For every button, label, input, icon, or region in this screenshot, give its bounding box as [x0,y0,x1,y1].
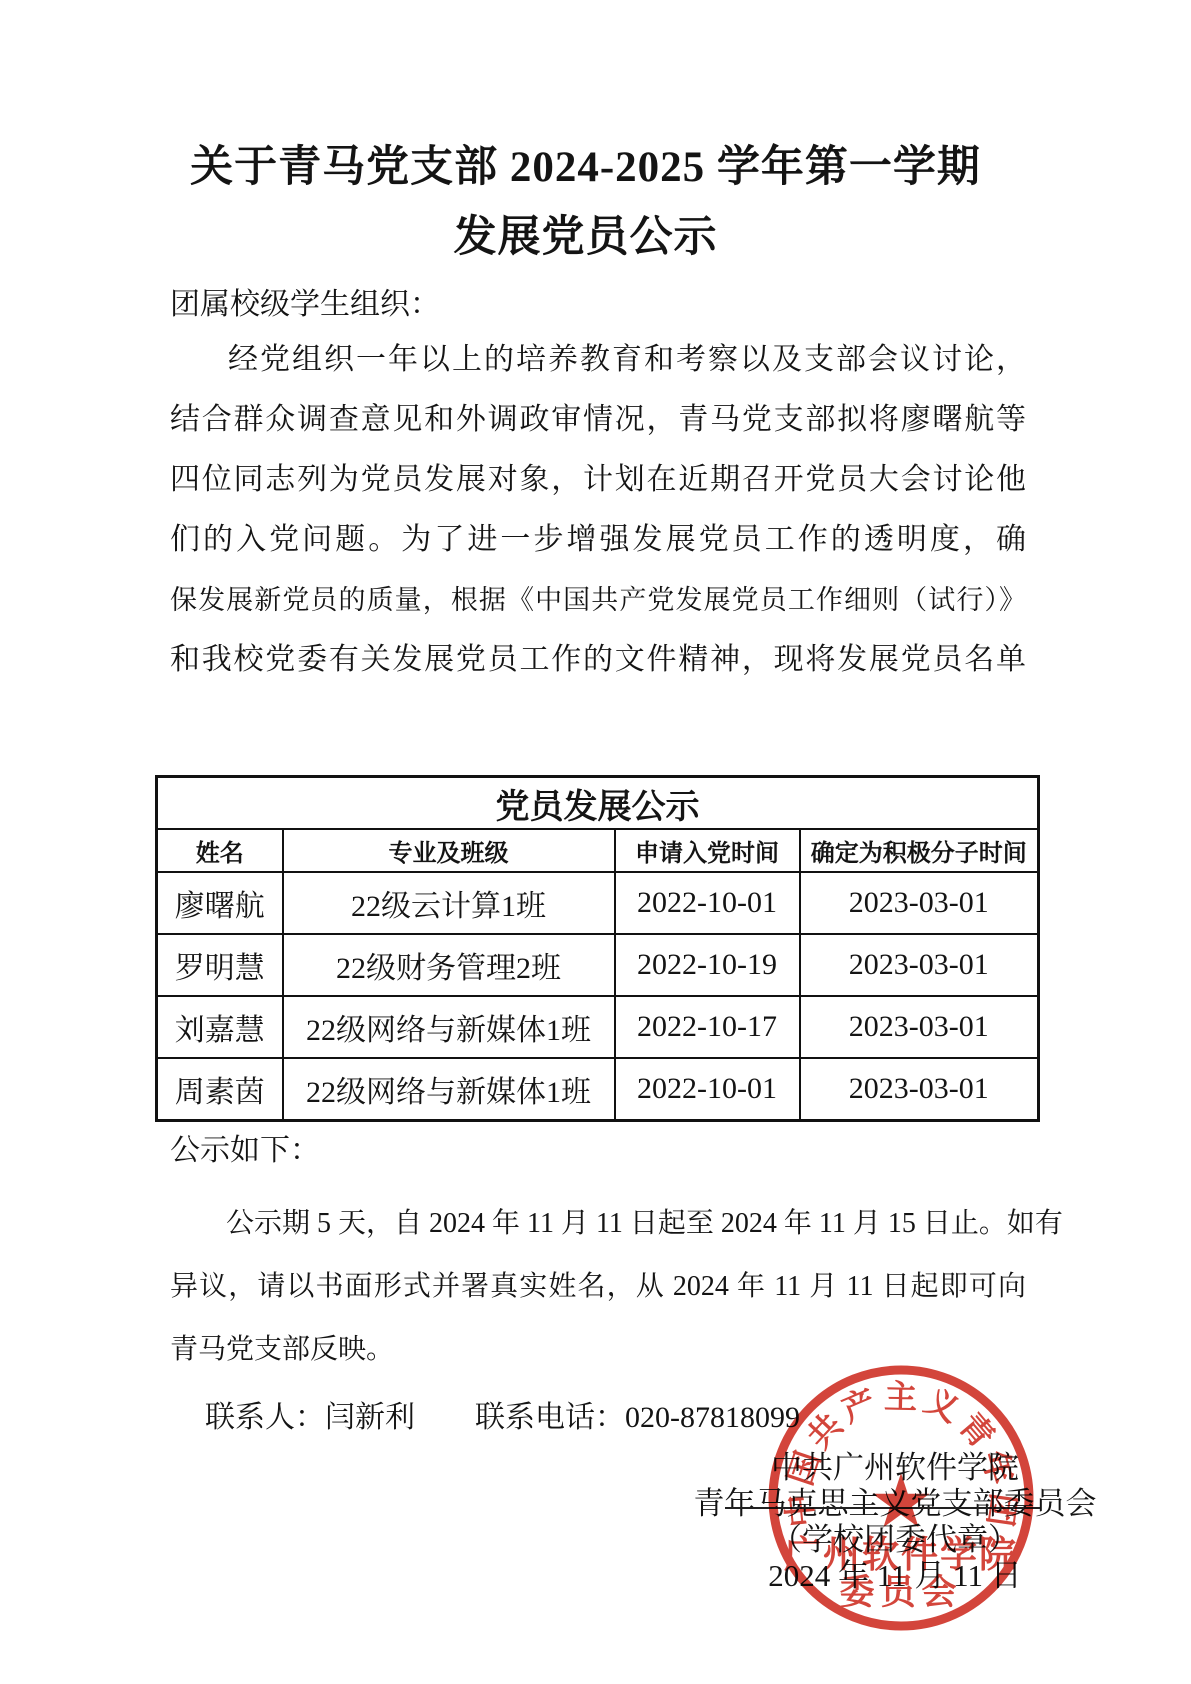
stamp-inner-text-2: 委员会 [839,1573,962,1612]
member-development-table: 党员发展公示 姓名 专业及班级 申请入党时间 确定为积极分子时间 廖曙航 22级… [155,775,1040,1122]
column-header-major: 专业及班级 [283,829,615,872]
column-header-apply-date: 申请入党时间 [615,829,800,872]
document-page: 关于青马党支部 2024-2025 学年第一学期 发展党员公示 团属校级学生组织… [0,0,1191,1684]
cell-activist-date: 2023-03-01 [800,996,1039,1058]
table-caption-row: 党员发展公示 [157,777,1039,830]
cell-name: 周素茵 [157,1058,283,1121]
cell-name: 廖曙航 [157,872,283,934]
stamp-star-icon [873,1473,930,1527]
cell-name: 罗明慧 [157,934,283,996]
column-header-activist-date: 确定为积极分子时间 [800,829,1039,872]
paragraph-1: 经党组织一年以上的培养教育和考察以及支部会议讨论， 结合群众调查意见和外调政审情… [170,330,1026,690]
closing-line-2: 异议，请以书面形式并署真实姓名，从 2024 年 11 月 11 日起即可向 [170,1255,1026,1318]
cell-activist-date: 2023-03-01 [800,1058,1039,1121]
table-row: 刘嘉慧 22级网络与新媒体1班 2022-10-17 2023-03-01 [157,996,1039,1058]
official-stamp: 中国共产主义青年团 广州软件学院 委员会 [756,1353,1046,1643]
cell-major: 22级财务管理2班 [283,934,615,996]
table-row: 罗明慧 22级财务管理2班 2022-10-19 2023-03-01 [157,934,1039,996]
main-title-line-2: 发展党员公示 [170,203,1001,264]
table-caption: 党员发展公示 [157,777,1039,830]
after-table-note: 公示如下： [170,1125,320,1169]
paragraph-1-line-2: 结合群众调查意见和外调政审情况，青马党支部拟将廖曙航等 [170,390,1026,450]
paragraph-1-line-1: 经党组织一年以上的培养教育和考察以及支部会议讨论， [170,330,1026,390]
main-title-line-1: 关于青马党支部 2024-2025 学年第一学期 [170,133,1001,194]
cell-activist-date: 2023-03-01 [800,872,1039,934]
paragraph-1-line-6: 和我校党委有关发展党员工作的文件精神，现将发展党员名单 [170,630,1026,690]
cell-activist-date: 2023-03-01 [800,934,1039,996]
stamp-inner-text-1: 广州软件学院 [784,1534,1018,1576]
cell-apply-date: 2022-10-01 [615,872,800,934]
paragraph-1-line-3: 四位同志列为党员发展对象，计划在近期召开党员大会讨论他 [170,450,1026,510]
paragraph-1-line-4: 们的入党问题。为了进一步增强发展党员工作的透明度，确 [170,510,1026,570]
cell-major: 22级云计算1班 [283,872,615,934]
table-row: 廖曙航 22级云计算1班 2022-10-01 2023-03-01 [157,872,1039,934]
column-header-name: 姓名 [157,829,283,872]
cell-apply-date: 2022-10-01 [615,1058,800,1121]
paragraph-1-line-5: 保发展新党员的质量，根据《中国共产党发展党员工作细则（试行）》 [170,570,1026,630]
cell-major: 22级网络与新媒体1班 [283,996,615,1058]
contact-line: 联系人：闫新利 联系电话：020-87818099 [205,1392,800,1436]
cell-major: 22级网络与新媒体1班 [283,1058,615,1121]
cell-apply-date: 2022-10-19 [615,934,800,996]
cell-name: 刘嘉慧 [157,996,283,1058]
table-header-row: 姓名 专业及班级 申请入党时间 确定为积极分子时间 [157,829,1039,872]
closing-line-1: 公示期 5 天，自 2024 年 11 月 11 日起至 2024 年 11 月… [170,1192,1026,1255]
table-row: 周素茵 22级网络与新媒体1班 2022-10-01 2023-03-01 [157,1058,1039,1121]
salutation: 团属校级学生组织： [170,279,440,323]
cell-apply-date: 2022-10-17 [615,996,800,1058]
